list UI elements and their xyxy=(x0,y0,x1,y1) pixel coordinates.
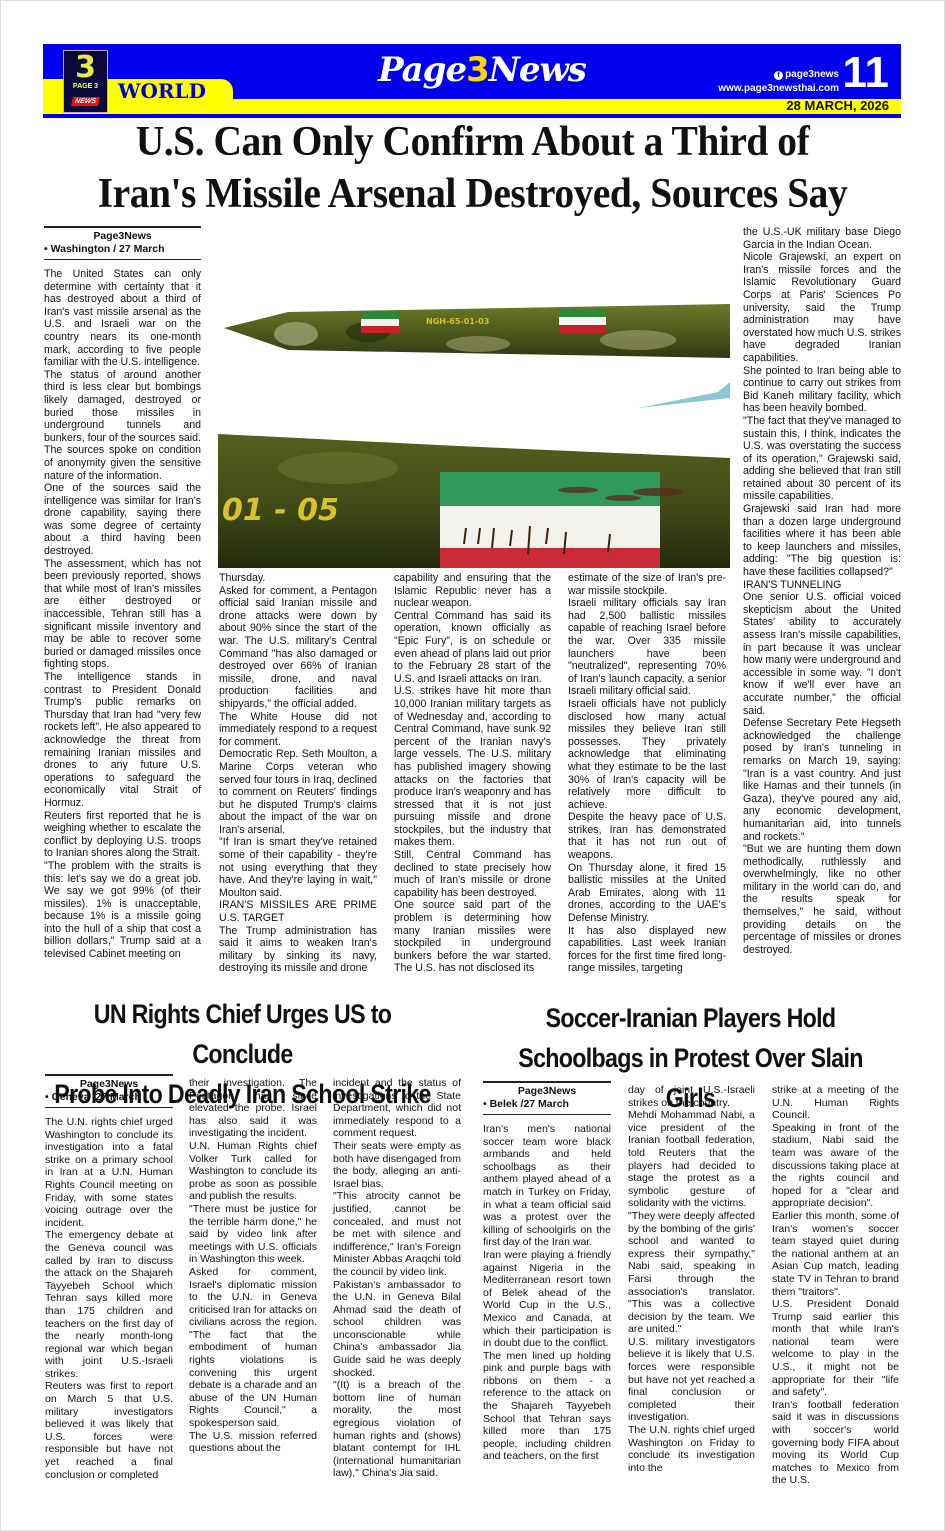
main-headline-line1: U.S. Can Only Confirm About a Third of xyxy=(66,116,879,168)
soccer-story-column-2: day of joint U.S.-Israeli strikes on the… xyxy=(628,1084,755,1474)
paragraph: "They were deeply affected by the bombin… xyxy=(628,1210,755,1336)
paragraph: The status of around another third is le… xyxy=(44,369,201,482)
paragraph: One senior U.S. official voiced skeptici… xyxy=(743,591,901,717)
subhead: IRAN'S TUNNELING xyxy=(743,579,901,592)
paragraph: Iran were playing a friendly against Nig… xyxy=(483,1249,611,1350)
byline: Page3News • Belek /27 March xyxy=(483,1081,611,1115)
facebook-icon: f xyxy=(774,71,783,80)
paragraph: One of the sources said the intelligence… xyxy=(44,482,201,558)
paragraph: "(It) is a breach of the bottom line of … xyxy=(333,1379,461,1480)
paragraph: day of joint U.S.-Israeli strikes on the… xyxy=(628,1084,755,1109)
paragraph: U.N. Human Rights chief Volker Turk call… xyxy=(189,1140,317,1203)
paragraph: strike at a meeting of the U.N. Human Ri… xyxy=(772,1084,899,1122)
byline-agency: Page3News xyxy=(45,1078,173,1091)
paragraph: "The problem with the straits is this: l… xyxy=(44,860,201,961)
paragraph: U.S. strikes have hit more than 10,000 I… xyxy=(394,685,551,849)
social-links: fpage3news www.page3newsthai.com xyxy=(718,68,839,96)
issue-date: 28 MARCH, 2026 xyxy=(786,98,889,113)
main-headline: U.S. Can Only Confirm About a Third of I… xyxy=(66,116,879,220)
missile-image-icon: NGH-65-01-03 01 - 05 xyxy=(218,262,736,568)
paragraph: Mehdi Mohammad Nabi, a vice president of… xyxy=(628,1109,755,1210)
paragraph: Speaking in front of the stadium, Nabi s… xyxy=(772,1122,899,1210)
paragraph: incident and the status of investigation… xyxy=(333,1077,461,1140)
soccer-story-column-1: Page3News • Belek /27 March Iran's men's… xyxy=(483,1081,611,1463)
byline-place: • Washington / 27 March xyxy=(44,243,201,256)
paragraph: One source said part of the problem is d… xyxy=(394,899,551,975)
byline: Page3News • Washington / 27 March xyxy=(44,226,201,260)
paragraph: On Thursday alone, it fired 15 ballistic… xyxy=(568,862,726,925)
main-story-column-3: capability and ensuring that the Islamic… xyxy=(394,572,551,975)
byline-agency: Page3News xyxy=(483,1085,611,1098)
paragraph: "The fact that they've managed to sustai… xyxy=(743,415,901,503)
svg-text:01 - 05: 01 - 05 xyxy=(222,493,339,528)
paragraph: "This atrocity cannot be justified, cann… xyxy=(333,1190,461,1278)
website-link[interactable]: www.page3newsthai.com xyxy=(718,82,839,96)
byline-place: • Geneva /27 March xyxy=(45,1091,173,1104)
un-story-column-2: their investigation. The Pentagon has si… xyxy=(189,1077,317,1455)
soccer-headline-line1: Soccer-Iranian Players Hold xyxy=(508,998,874,1038)
paragraph: The White House did not immediately resp… xyxy=(219,711,377,749)
logo-digit: 3 xyxy=(64,53,107,83)
paragraph: U.S. military investigators believe it i… xyxy=(628,1336,755,1424)
page3-logo: 3 PAGE 3 NEWS xyxy=(63,50,108,113)
paragraph: Thursday. xyxy=(219,572,377,585)
paragraph: The intelligence stands in contrast to P… xyxy=(44,671,201,810)
un-story-column-1: Page3News • Geneva /27 March The U.N. ri… xyxy=(45,1074,173,1481)
page-number: 11 xyxy=(842,48,889,98)
paragraph: U.S. President Donald Trump said earlier… xyxy=(772,1298,899,1399)
byline-place: • Belek /27 March xyxy=(483,1098,611,1111)
paragraph: She pointed to Iran being able to contin… xyxy=(743,365,901,415)
paragraph: Iran's men's national soccer team wore b… xyxy=(483,1123,611,1249)
paragraph: The U.N. rights chief urged Washington t… xyxy=(45,1116,173,1229)
byline-agency: Page3News xyxy=(44,230,201,243)
paragraph: Earlier this month, some of Iran's women… xyxy=(772,1210,899,1298)
paragraph: The assessment, which has not been previ… xyxy=(44,558,201,671)
paragraph: The emergency debate at the Geneva counc… xyxy=(45,1229,173,1380)
paragraph: the U.S.-UK military base Diego Garcia i… xyxy=(743,226,901,251)
paragraph: estimate of the size of Iran's pre-war m… xyxy=(568,572,726,597)
paragraph: Grajewski said Iran had more than a doze… xyxy=(743,503,901,579)
paragraph: Asked for comment, Israel's diplomatic m… xyxy=(189,1266,317,1430)
paragraph: It has also displayed new capabilities. … xyxy=(568,925,726,975)
paragraph: The U.N. rights chief urged Washington o… xyxy=(628,1424,755,1474)
main-story-column-5: the U.S.-UK military base Diego Garcia i… xyxy=(743,226,901,956)
svg-text:NGH-65-01-03: NGH-65-01-03 xyxy=(426,317,489,326)
un-story-column-3: incident and the status of investigation… xyxy=(333,1077,461,1480)
paragraph: Defense Secretary Pete Hegseth acknowled… xyxy=(743,717,901,843)
paragraph: Still, Central Command has declined to s… xyxy=(394,849,551,899)
main-headline-line2: Iran's Missile Arsenal Destroyed, Source… xyxy=(66,168,879,220)
main-story-column-4: estimate of the size of Iran's pre-war m… xyxy=(568,572,726,975)
soccer-story-column-3: strike at a meeting of the U.N. Human Ri… xyxy=(772,1084,899,1487)
paragraph: The U.S. mission referred questions abou… xyxy=(189,1430,317,1455)
paragraph: Their seats were empty as both have dise… xyxy=(333,1140,461,1190)
paragraph: Israeli military officials say Iran had … xyxy=(568,597,726,698)
paragraph: Democratic Rep. Seth Moulton, a Marine C… xyxy=(219,748,377,836)
missile-photo: NGH-65-01-03 01 - 05 xyxy=(218,262,736,568)
un-headline-line1: UN Rights Chief Urges US to Conclude xyxy=(51,994,434,1074)
paragraph: The men lined up holding pink and purple… xyxy=(483,1350,611,1463)
facebook-link[interactable]: fpage3news xyxy=(718,68,839,82)
facebook-handle: page3news xyxy=(785,69,839,80)
logo-news-tag: NEWS xyxy=(71,97,100,106)
main-story-column-1: Page3News • Washington / 27 March The Un… xyxy=(44,226,201,961)
paragraph: Iran's football federation said it was i… xyxy=(772,1399,899,1487)
paragraph: their investigation. The Pentagon has si… xyxy=(189,1077,317,1140)
masthead: 3 PAGE 3 NEWS WORLD Page3News fpage3news… xyxy=(43,44,901,116)
brand-prefix: Page xyxy=(378,50,466,90)
paragraph: Reuters was first to report on March 5 t… xyxy=(45,1380,173,1481)
brand-title: Page3News xyxy=(378,50,586,90)
paragraph: Israeli officials have not publicly disc… xyxy=(568,698,726,811)
section-label: WORLD xyxy=(118,79,206,103)
subhead: IRAN'S MISSILES ARE PRIME U.S. TARGET xyxy=(219,899,377,924)
brand-digit: 3 xyxy=(466,50,489,90)
paragraph: "There must be justice for the terrible … xyxy=(189,1203,317,1266)
paragraph: Asked for comment, a Pentagon official s… xyxy=(219,585,377,711)
logo-text: PAGE 3 xyxy=(64,83,107,90)
main-story-column-2: Thursday. Asked for comment, a Pentagon … xyxy=(219,572,377,975)
paragraph: Reuters first reported that he is weighi… xyxy=(44,810,201,860)
byline: Page3News • Geneva /27 March xyxy=(45,1074,173,1108)
paragraph: Central Command has said its operation, … xyxy=(394,610,551,686)
brand-suffix: News xyxy=(489,50,586,90)
paragraph: Despite the heavy pace of U.S. strikes, … xyxy=(568,811,726,861)
paragraph: The Trump administration has said it aim… xyxy=(219,925,377,975)
paragraph: capability and ensuring that the Islamic… xyxy=(394,572,551,610)
paragraph: The United States can only determine wit… xyxy=(44,268,201,369)
paragraph: "If Iran is smart they've retained some … xyxy=(219,836,377,899)
paragraph: Pakistan's ambassador to the U.N. in Gen… xyxy=(333,1279,461,1380)
paragraph: Nicole Grajewski, an expert on Iran's mi… xyxy=(743,251,901,364)
paragraph: "But we are hunting them down methodical… xyxy=(743,843,901,956)
